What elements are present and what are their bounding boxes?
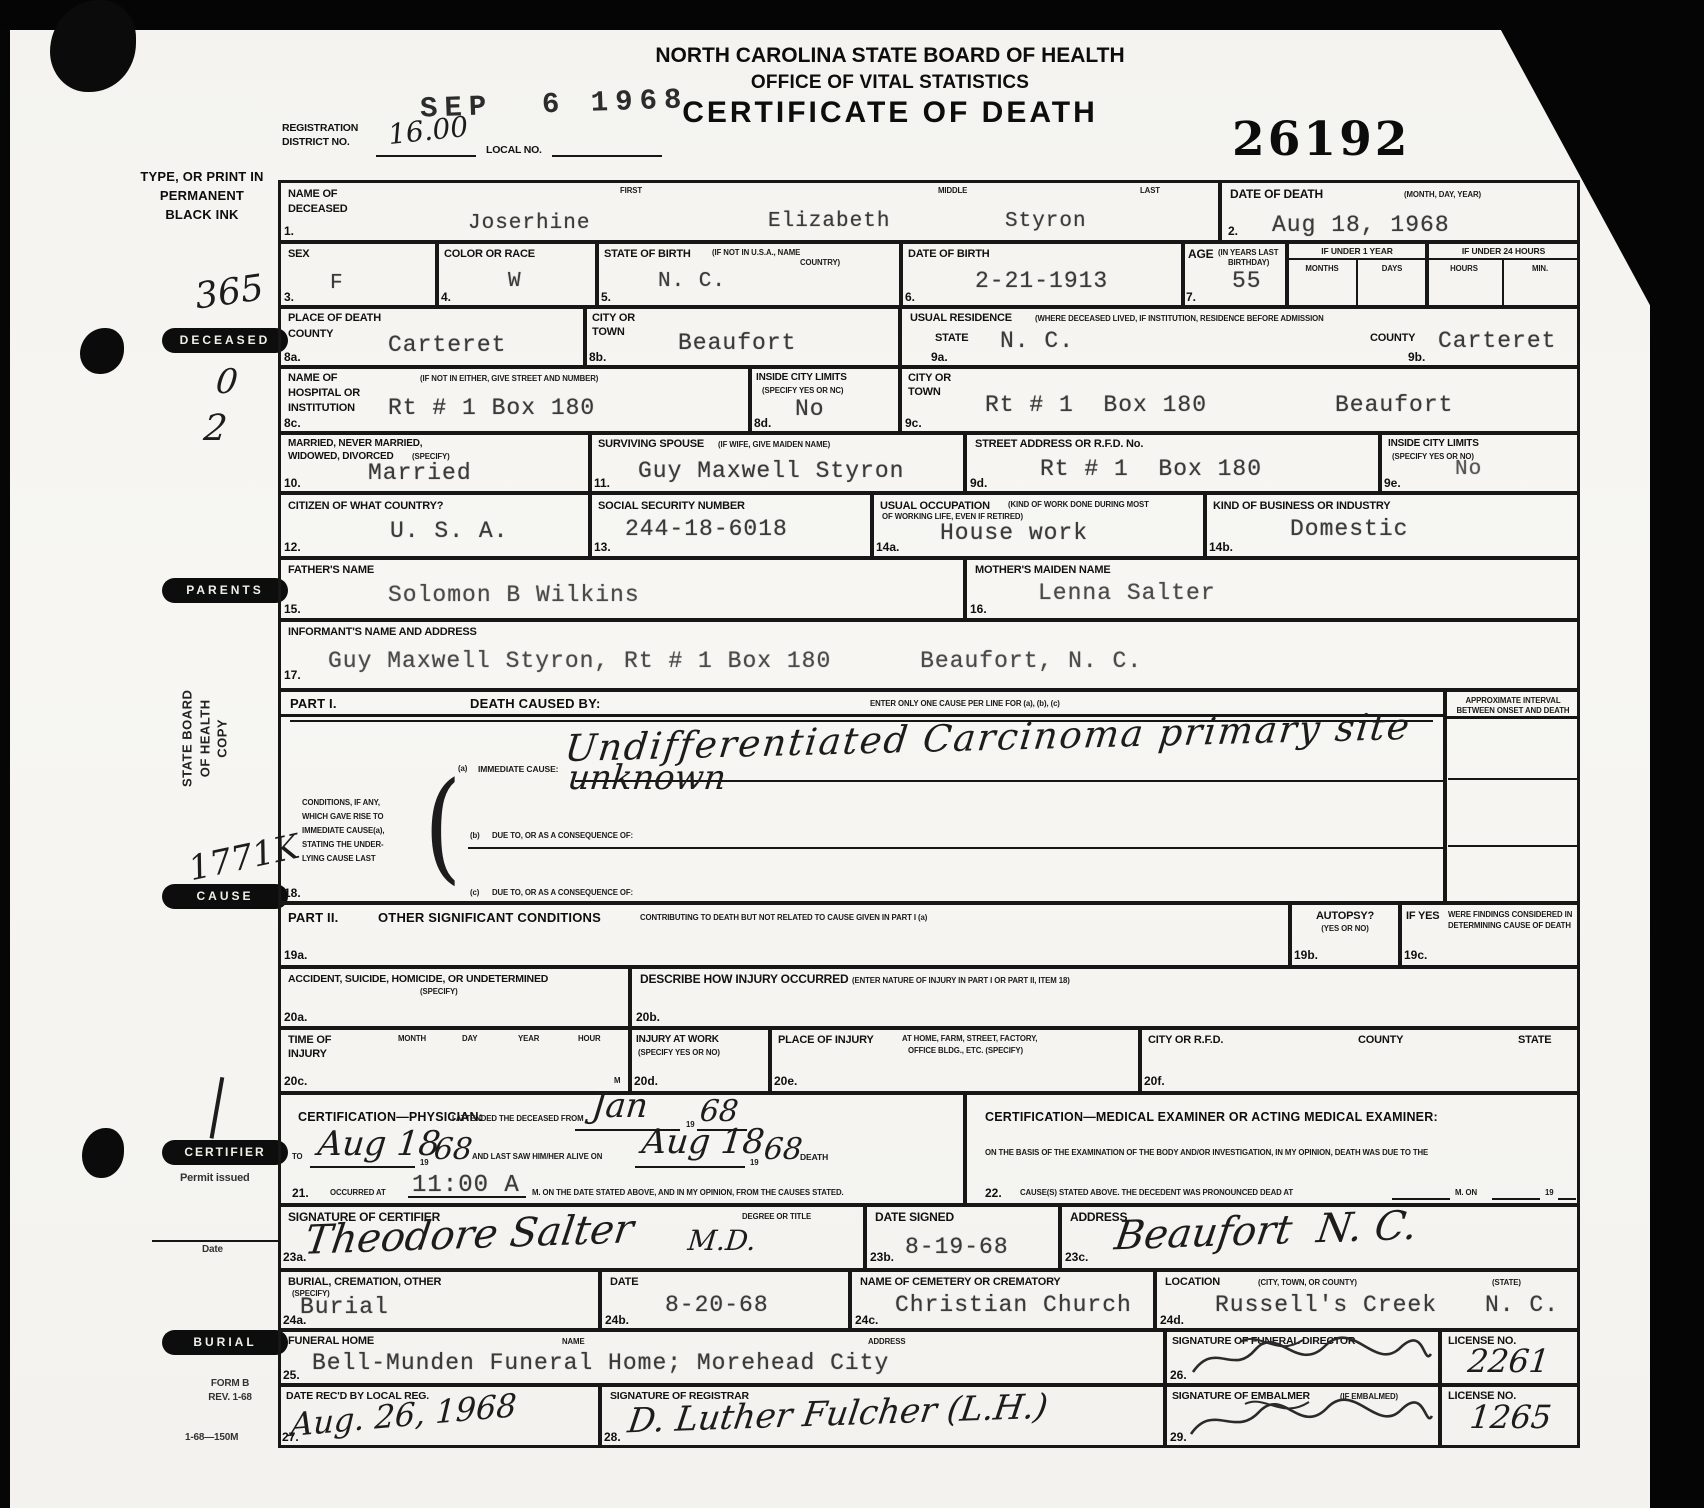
informant-number: 17. xyxy=(284,668,301,682)
cert-me-number: 22. xyxy=(985,1186,1002,1200)
director-number: 26. xyxy=(1170,1368,1187,1382)
dob-value: 2-21-1913 xyxy=(975,268,1108,294)
icl8d-label: INSIDE CITY LIMITS xyxy=(756,372,847,384)
place-of-death-label: PLACE OF DEATH xyxy=(288,312,381,325)
form-note-line1: FORM B xyxy=(211,1378,249,1389)
ssn-value: 244-18-6018 xyxy=(625,516,788,542)
print-instruction: TYPE, OR PRINT IN PERMANENT BLACK INK xyxy=(132,168,272,225)
mother-value: Lenna Salter xyxy=(1038,580,1216,606)
county8a-value: Carteret xyxy=(388,332,506,358)
to-label: TO xyxy=(292,1152,303,1161)
dod-number: 2. xyxy=(1228,224,1238,238)
copy-note-line1: STATE BOARD xyxy=(180,690,195,787)
local-no-line xyxy=(552,155,662,157)
time-of-death-line xyxy=(408,1196,526,1198)
race-label: COLOR OR RACE xyxy=(444,248,535,261)
attended-from-handwriting: Jan xyxy=(590,1086,650,1126)
city8b-number: 8b. xyxy=(589,350,606,364)
sex-number: 3. xyxy=(284,290,294,304)
icl9e-value: No xyxy=(1455,458,1482,481)
findings-label-2: WERE FINDINGS CONSIDERED IN xyxy=(1448,910,1572,919)
spouse-label: SURVIVING SPOUSE xyxy=(598,438,704,451)
location-state-sublabel: (STATE) xyxy=(1492,1278,1521,1287)
conditions-note-1: CONDITIONS, IF ANY, xyxy=(302,798,380,807)
under1yr-label: IF UNDER 1 YEAR xyxy=(1290,246,1424,256)
occurred-at-label: OCCURRED AT xyxy=(330,1188,386,1197)
spouse-sublabel: (IF WIFE, GIVE MAIDEN NAME) xyxy=(718,440,830,449)
ssn-number: 13. xyxy=(594,540,611,554)
interval-header-2: BETWEEN ONSET AND DEATH xyxy=(1448,706,1578,715)
informant-value: Guy Maxwell Styron, Rt # 1 Box 180 Beauf… xyxy=(328,648,1142,674)
one-cause-per-line-note: ENTER ONLY ONE CAUSE PER LINE FOR (a), (… xyxy=(870,699,1060,708)
age-value: 55 xyxy=(1232,268,1262,294)
interval-header-rule xyxy=(1445,716,1580,719)
year-prefix-3: 19 xyxy=(750,1158,758,1167)
city-rfd-label: CITY OR R.F.D. xyxy=(1148,1034,1223,1047)
license1-value: 2261 xyxy=(1466,1342,1551,1380)
autopsy-number: 19b. xyxy=(1294,948,1318,962)
name-middle-value: Elizabeth xyxy=(768,210,890,233)
icl8d-value: No xyxy=(795,396,825,422)
name-last-value: Styron xyxy=(1005,210,1087,233)
print-instruction-line1: TYPE, OR PRINT IN xyxy=(140,169,263,184)
city9c-value-1: Rt # 1 Box 180 xyxy=(985,392,1207,418)
funeral-home-value: Bell-Munden Funeral Home; Morehead City xyxy=(312,1350,889,1376)
icl9e-label: INSIDE CITY LIMITS xyxy=(1388,438,1479,450)
marital-number: 10. xyxy=(284,476,301,490)
conditions-note-3: IMMEDIATE CAUSE(a), xyxy=(302,826,384,835)
margin-tab-cause: CAUSE xyxy=(162,884,288,909)
county9b-number: 9b. xyxy=(1408,350,1425,364)
father-label: FATHER'S NAME xyxy=(288,564,374,577)
conditions-note-4: STATING THE UNDER- xyxy=(302,840,384,849)
year-handwriting-3: 68 xyxy=(762,1132,804,1167)
alive-on-handwriting: Aug 18 xyxy=(640,1122,767,1162)
margin-date-line xyxy=(152,1240,278,1242)
cause-c-label: DUE TO, OR AS A CONSEQUENCE OF: xyxy=(492,888,633,897)
funeral-home-address-header: ADDRESS xyxy=(868,1337,905,1346)
age-sublabel-2: BIRTHDAY) xyxy=(1228,258,1269,267)
registrar-number: 28. xyxy=(604,1430,621,1444)
margin-date-label: Date xyxy=(202,1244,223,1256)
form-note-line2: REV. 1-68 xyxy=(208,1392,251,1403)
place-injury-sublabel-2: OFFICE BLDG., ETC. (SPECIFY) xyxy=(908,1046,1023,1055)
hospital-sublabel: (IF NOT IN EITHER, GIVE STREET AND NUMBE… xyxy=(420,374,598,383)
alive-on-line xyxy=(635,1166,745,1168)
part2-title: OTHER SIGNIFICANT CONDITIONS xyxy=(378,910,601,925)
how-injury-label: DESCRIBE HOW INJURY OCCURRED xyxy=(640,973,848,987)
occupation-value: House work xyxy=(940,520,1088,546)
time-injury-label-2: INJURY xyxy=(288,1048,327,1061)
date-recd-number: 27. xyxy=(282,1430,299,1444)
month-header: MONTH xyxy=(398,1034,426,1043)
location-sublabel: (CITY, TOWN, OR COUNTY) xyxy=(1258,1278,1357,1287)
sob-sublabel-1: (IF NOT IN U.S.A., NAME xyxy=(712,248,800,257)
district-no-label: DISTRICT NO. xyxy=(282,136,350,148)
cert-me-text-3: M. ON xyxy=(1455,1188,1477,1197)
cert-me-label: CERTIFICATION—MEDICAL EXAMINER OR ACTING… xyxy=(985,1110,1438,1124)
informant-label: INFORMANT'S NAME AND ADDRESS xyxy=(288,626,477,639)
burial-date-value: 8-20-68 xyxy=(665,1292,769,1318)
citizen-label: CITIZEN OF WHAT COUNTRY? xyxy=(288,500,443,513)
citizen-number: 12. xyxy=(284,540,301,554)
sex-value: F xyxy=(330,272,344,295)
conditions-brace: ( xyxy=(424,756,461,896)
dod-value: Aug 18, 1968 xyxy=(1272,212,1450,238)
pronounced-line-3 xyxy=(1558,1198,1576,1200)
city8b-label-2: TOWN xyxy=(592,326,625,339)
autopsy-sublabel: (YES OR NO) xyxy=(1293,924,1397,933)
burial-date-number: 24b. xyxy=(605,1313,629,1327)
street9d-value: Rt # 1 Box 180 xyxy=(1040,456,1262,482)
mother-label: MOTHER'S MAIDEN NAME xyxy=(975,564,1111,577)
place-injury-number: 20e. xyxy=(774,1074,797,1088)
how-injury-sublabel: (ENTER NATURE OF INJURY IN PART I OR PAR… xyxy=(852,976,1070,985)
license2-value: 1265 xyxy=(1468,1398,1553,1436)
street9d-label: STREET ADDRESS OR R.F.D. No. xyxy=(975,438,1143,451)
findings-label-ifyes: IF YES xyxy=(1406,910,1439,923)
occurred-number: 21. xyxy=(292,1186,309,1200)
occupation-sublabel-1: (KIND OF WORK DONE DURING MOST xyxy=(1008,500,1149,509)
interval-a-line xyxy=(1448,778,1578,780)
part2-number: 19a. xyxy=(284,948,307,962)
attended-from-label: I ATTENDED THE DECEASED FROM xyxy=(452,1114,583,1123)
name-label-1: NAME OF xyxy=(288,188,337,201)
age-number: 7. xyxy=(1186,290,1196,304)
city8b-label-1: CITY OR xyxy=(592,312,635,325)
occupation-label: USUAL OCCUPATION xyxy=(880,500,990,513)
state9a-value: N. C. xyxy=(1000,328,1074,354)
name-label-2: DECEASED xyxy=(288,203,348,216)
margin-handwriting-2: 2 xyxy=(202,408,229,449)
funeral-home-number: 25. xyxy=(283,1368,300,1382)
scanned-death-certificate: TYPE, OR PRINT IN PERMANENT BLACK INK 36… xyxy=(0,0,1704,1508)
cause-b-label: DUE TO, OR AS A CONSEQUENCE OF: xyxy=(492,831,633,840)
location-number: 24d. xyxy=(1160,1313,1184,1327)
margin-handwriting-0: 0 xyxy=(214,362,240,402)
place-injury-label: PLACE OF INJURY xyxy=(778,1034,874,1047)
burial-date-label: DATE xyxy=(610,1276,638,1289)
form-print-run-note: 1-68—150M xyxy=(185,1432,238,1444)
marital-label-1: MARRIED, NEVER MARRIED, xyxy=(288,438,422,450)
name-first-header: FIRST xyxy=(620,186,642,195)
burial-label: BURIAL, CREMATION, OTHER xyxy=(288,1276,441,1289)
permit-issued-note: Permit issued xyxy=(180,1172,250,1185)
findings-number: 19c. xyxy=(1404,948,1427,962)
hospital-label-3: INSTITUTION xyxy=(288,402,355,415)
cemetery-number: 24c. xyxy=(855,1313,878,1327)
scan-top-band xyxy=(0,0,1704,30)
margin-tab-burial: BURIAL xyxy=(162,1330,288,1355)
race-value: W xyxy=(508,270,522,293)
marital-value: Married xyxy=(368,460,472,486)
tab-cause-label: CAUSE xyxy=(196,889,253,903)
cemetery-label: NAME OF CEMETERY OR CREMATORY xyxy=(860,1276,1061,1289)
injury-work-label: INJURY AT WORK xyxy=(636,1034,719,1046)
interval-column-box xyxy=(1445,690,1580,903)
cert-me-text-4: 19 xyxy=(1545,1188,1553,1197)
district-no-line xyxy=(376,155,476,157)
death-label: DEATH xyxy=(800,1152,828,1162)
tab-parents-label: PARENTS xyxy=(186,583,263,597)
street9d-number: 9d. xyxy=(970,476,987,490)
city9c-label-2: TOWN xyxy=(908,386,941,399)
usual-residence-sublabel: (WHERE DECEASED LIVED, IF INSTITUTION, R… xyxy=(1035,314,1324,323)
race-number: 4. xyxy=(441,290,451,304)
document-title: CERTIFICATE OF DEATH xyxy=(560,96,1220,130)
registration-label: REGISTRATION xyxy=(282,122,358,134)
occupation-number: 14a. xyxy=(876,540,899,554)
interval-header-1: APPROXIMATE INTERVAL xyxy=(1448,696,1578,705)
immediate-cause-label: IMMEDIATE CAUSE: xyxy=(478,764,558,774)
place-injury-sublabel-1: AT HOME, FARM, STREET, FACTORY, xyxy=(902,1034,1037,1043)
cemetery-value: Christian Church xyxy=(895,1292,1132,1318)
usual-residence-label: USUAL RESIDENCE xyxy=(910,312,1012,325)
industry-number: 14b. xyxy=(1209,540,1233,554)
death-caused-by-label: DEATH CAUSED BY: xyxy=(470,696,601,711)
dob-label: DATE OF BIRTH xyxy=(908,248,990,261)
margin-tab-certifier: CERTIFIER xyxy=(162,1140,288,1165)
certificate-number: 26192 xyxy=(1232,112,1411,167)
part2-sublabel: CONTRIBUTING TO DEATH BUT NOT RELATED TO… xyxy=(640,913,927,922)
conditions-note-2: WHICH GAVE RISE TO xyxy=(302,812,384,821)
time-injury-label-1: TIME OF xyxy=(288,1034,331,1047)
city-rfd-state-header: STATE xyxy=(1518,1034,1551,1047)
months-header: MONTHS xyxy=(1290,264,1354,273)
funeral-home-label: FUNERAL HOME xyxy=(288,1335,374,1348)
interval-b-line xyxy=(1448,845,1578,847)
time-of-death-value: 11:00 A xyxy=(412,1172,520,1199)
print-instruction-line3: BLACK INK xyxy=(165,207,238,222)
time-injury-meridian: M xyxy=(614,1076,620,1085)
county9b-label: COUNTY xyxy=(1370,332,1415,345)
occurred-rest-label: M. ON THE DATE STATED ABOVE, AND IN MY O… xyxy=(532,1188,844,1197)
days-header: DAYS xyxy=(1360,264,1424,273)
embalmer-number: 29. xyxy=(1170,1430,1187,1444)
tab-certifier-label: CERTIFIER xyxy=(184,1145,265,1159)
dod-label: DATE OF DEATH xyxy=(1230,188,1323,202)
under1yr-divider-v xyxy=(1356,258,1358,307)
age-sublabel-1: (IN YEARS LAST xyxy=(1218,248,1278,257)
city9c-label-1: CITY OR xyxy=(908,372,951,385)
part1-label: PART I. xyxy=(290,696,337,711)
under24h-divider-v xyxy=(1502,258,1504,307)
pronounced-line-2 xyxy=(1492,1198,1540,1200)
county8a-label: COUNTY xyxy=(288,328,333,341)
sig-certifier-number: 23a. xyxy=(283,1250,306,1264)
min-header: MIN. xyxy=(1506,264,1574,273)
sob-sublabel-2: COUNTRY) xyxy=(800,258,840,267)
part2-label: PART II. xyxy=(288,910,338,925)
spouse-number: 11. xyxy=(594,476,610,490)
spouse-value: Guy Maxwell Styron xyxy=(638,458,904,484)
city-rfd-number: 20f. xyxy=(1144,1074,1165,1088)
county9b-value: Carteret xyxy=(1438,328,1556,354)
day-header: DAY xyxy=(462,1034,477,1043)
hours-header: HOURS xyxy=(1430,264,1498,273)
under24h-label: IF UNDER 24 HOURS xyxy=(1430,246,1577,256)
copy-note-line2: OF HEALTH xyxy=(197,699,212,777)
degree-title-value: M.D. xyxy=(686,1224,757,1257)
last-saw-alive-label: AND LAST SAW HIM/HER ALIVE ON xyxy=(472,1152,602,1161)
father-number: 15. xyxy=(284,602,301,616)
form-number-note: FORM B REV. 1-68 xyxy=(185,1377,275,1405)
margin-tab-deceased: DECEASED xyxy=(162,328,288,353)
city9c-value-2: Beaufort xyxy=(1335,392,1453,418)
mother-number: 16. xyxy=(970,602,987,616)
embalmer-signature xyxy=(1185,1396,1435,1444)
name-last-header: LAST xyxy=(1140,186,1160,195)
sex-label: SEX xyxy=(288,248,309,261)
hospital-value: Rt # 1 Box 180 xyxy=(388,395,595,421)
year-prefix-2: 19 xyxy=(420,1158,428,1167)
conditions-note-5: LYING CAUSE LAST xyxy=(302,854,376,863)
hospital-label-1: NAME OF xyxy=(288,372,337,385)
icl8d-number: 8d. xyxy=(754,416,771,430)
print-instruction-line2: PERMANENT xyxy=(160,188,244,203)
hospital-number: 8c. xyxy=(284,416,301,430)
industry-label: KIND OF BUSINESS OR INDUSTRY xyxy=(1213,500,1390,513)
copy-note-line3: COPY xyxy=(215,719,230,758)
pronounced-line-1 xyxy=(1392,1198,1450,1200)
hospital-label-2: HOSPITAL OR xyxy=(288,387,360,400)
industry-value: Domestic xyxy=(1290,516,1408,542)
name-number: 1. xyxy=(284,224,294,238)
sob-number: 5. xyxy=(601,290,611,304)
cert-me-text-2: CAUSE(S) STATED ABOVE. THE DECEDENT WAS … xyxy=(1020,1188,1293,1197)
injury-work-sublabel: (SPECIFY YES OR NO) xyxy=(638,1048,720,1057)
city8b-value: Beaufort xyxy=(678,330,796,356)
funeral-home-name-header: NAME xyxy=(562,1337,585,1346)
part1-number: 18. xyxy=(284,886,301,900)
name-first-value: Joserhine xyxy=(468,212,590,235)
accident-label: ACCIDENT, SUICIDE, HOMICIDE, OR UNDETERM… xyxy=(288,973,548,985)
location-value: Russell's Creek xyxy=(1215,1292,1437,1318)
margin-tab-parents: PARENTS xyxy=(162,578,288,603)
accident-sublabel: (SPECIFY) xyxy=(420,987,458,996)
dod-sublabel: (MONTH, DAY, YEAR) xyxy=(1404,190,1481,199)
state-board-copy-note: STATE BOARD OF HEALTH COPY xyxy=(179,663,232,813)
how-injury-number: 20b. xyxy=(636,1010,660,1024)
funeral-director-signature xyxy=(1185,1332,1435,1382)
address23-number: 23c. xyxy=(1065,1250,1088,1264)
cause-b-prefix: (b) xyxy=(470,831,480,840)
icl9e-number: 9e. xyxy=(1384,476,1401,490)
sob-value: N. C. xyxy=(658,270,726,293)
local-no-label: LOCAL NO. xyxy=(486,144,542,156)
to-date-line xyxy=(310,1166,415,1168)
cert-me-text-1: ON THE BASIS OF THE EXAMINATION OF THE B… xyxy=(985,1148,1428,1157)
tab-burial-label: BURIAL xyxy=(193,1335,256,1349)
accident-number: 20a. xyxy=(284,1010,307,1024)
time-injury-number: 20c. xyxy=(284,1074,307,1088)
county8a-number: 8a. xyxy=(284,350,301,364)
state9a-number: 9a. xyxy=(931,350,948,364)
immediate-cause-handwriting-2: unknown xyxy=(566,758,728,798)
ssn-label: SOCIAL SECURITY NUMBER xyxy=(598,500,745,513)
org-line2: OFFICE OF VITAL STATISTICS xyxy=(560,72,1220,94)
autopsy-label: AUTOPSY? xyxy=(1293,910,1397,923)
city-rfd-county-header: COUNTY xyxy=(1358,1034,1403,1047)
citizen-value: U. S. A. xyxy=(390,518,508,544)
location-label: LOCATION xyxy=(1165,1276,1220,1289)
degree-title-label: DEGREE OR TITLE xyxy=(742,1212,811,1221)
findings-label-3: DETERMINING CAUSE OF DEATH xyxy=(1448,921,1571,930)
cause-b-line xyxy=(468,847,1445,849)
sob-label: STATE OF BIRTH xyxy=(604,248,691,261)
year-header: YEAR xyxy=(518,1034,539,1043)
cause-c-prefix: (c) xyxy=(470,888,479,897)
name-middle-header: MIDDLE xyxy=(938,186,967,195)
city9c-number: 9c. xyxy=(905,416,922,430)
burial-value: Burial xyxy=(300,1294,389,1320)
tab-deceased-label: DECEASED xyxy=(180,333,271,347)
org-line1: NORTH CAROLINA STATE BOARD OF HEALTH xyxy=(560,44,1220,68)
location-state-value: N. C. xyxy=(1485,1292,1559,1318)
date-signed-value: 8-19-68 xyxy=(905,1234,1009,1260)
father-value: Solomon B Wilkins xyxy=(388,582,640,608)
hour-header: HOUR xyxy=(578,1034,601,1043)
date-signed-label: DATE SIGNED xyxy=(875,1211,954,1225)
dob-number: 6. xyxy=(905,290,915,304)
date-signed-number: 23b. xyxy=(870,1250,894,1264)
age-label: AGE xyxy=(1188,248,1213,262)
state9a-label: STATE xyxy=(935,332,968,345)
icl8d-sublabel: (SPECIFY YES OR NC) xyxy=(762,386,843,395)
year-handwriting-2: 68 xyxy=(432,1132,474,1167)
